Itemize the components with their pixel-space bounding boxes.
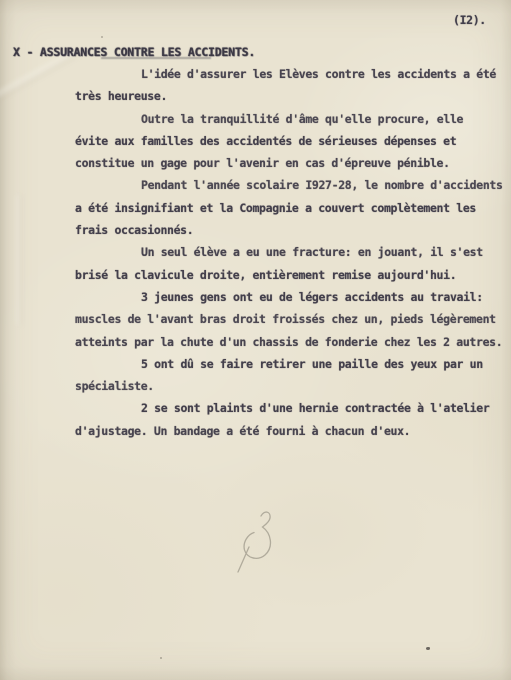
body-line: brisé la clavicule droite, entièrement r…	[75, 264, 511, 286]
body-line: atteints par la chute d'un chassis de fo…	[75, 331, 511, 353]
paper: (I2). X - ASSURANCES CONTRE LES ACCIDENT…	[0, 0, 511, 680]
paper-crease	[16, 195, 22, 325]
body-line: Outre la tranquillité d'âme qu'elle proc…	[75, 108, 511, 130]
pencil-squiggle	[224, 506, 286, 588]
body-line: a été insignifiant et la Compagnie a cou…	[75, 197, 511, 219]
body-line: d'ajustage. Un bandage a été fourni à ch…	[75, 420, 511, 442]
ink-speck	[101, 36, 103, 38]
page-number: (I2).	[453, 13, 486, 27]
heading-underline-smudge	[101, 57, 211, 59]
body-line: L'idée d'assurer les Elèves contre les a…	[75, 63, 511, 85]
ink-speck	[426, 647, 430, 650]
body-line: constitue un gage pour l'avenir en cas d…	[75, 152, 511, 174]
body-line: 5 ont dû se faire retirer une paille des…	[75, 353, 511, 375]
body-line: spécialiste.	[75, 375, 511, 397]
body-line: évite aux familles des accidentés de sér…	[75, 130, 511, 152]
body-line: muscles de l'avant bras droit froissés c…	[75, 308, 511, 330]
body-text: L'idée d'assurer les Elèves contre les a…	[75, 63, 511, 442]
body-line: très heureuse.	[75, 85, 511, 107]
body-line: Pendant l'année scolaire I927-28, le nom…	[75, 174, 511, 196]
body-line: 3 jeunes gens ont eu de légers accidents…	[75, 286, 511, 308]
ink-speck	[160, 657, 162, 659]
body-line: Un seul élève a eu une fracture: en joua…	[75, 241, 511, 263]
body-line: frais occasionnés.	[75, 219, 511, 241]
body-line: 2 se sont plaints d'une hernie contracté…	[75, 397, 511, 419]
